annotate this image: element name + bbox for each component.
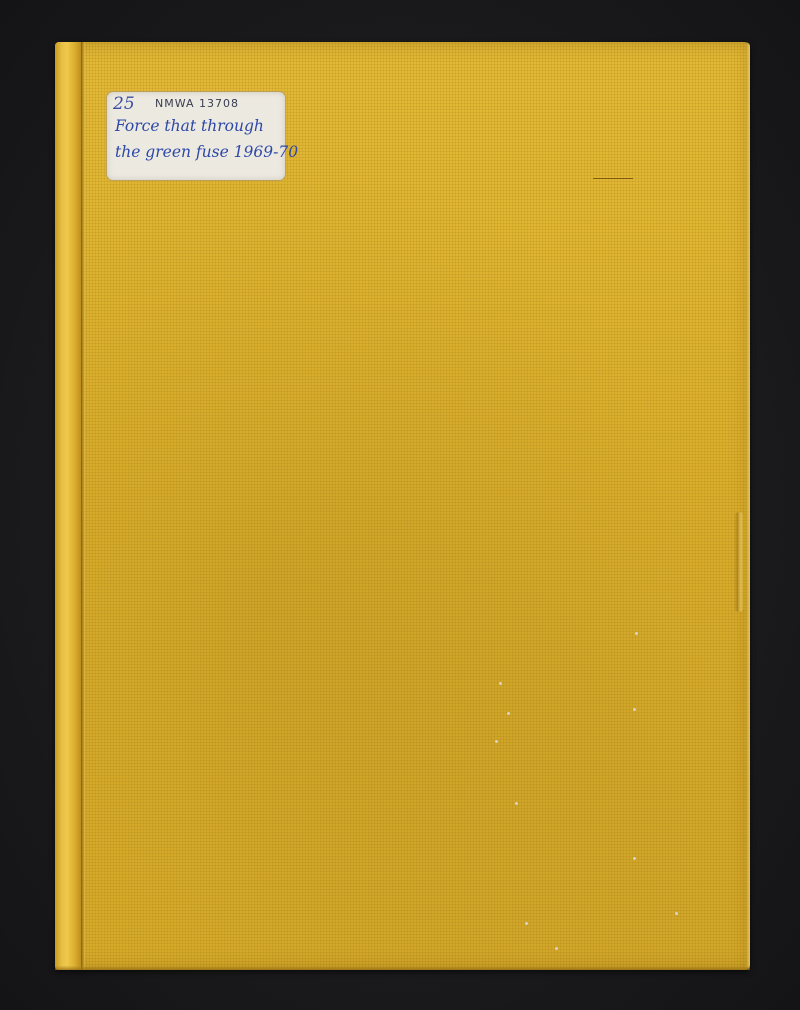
pen-mark bbox=[593, 178, 633, 179]
cover-right-edge bbox=[746, 42, 750, 970]
label-title-line-1: Force that through bbox=[115, 117, 264, 135]
book-spine bbox=[55, 42, 82, 970]
scuff-mark bbox=[633, 708, 636, 711]
spine-hinge bbox=[82, 42, 85, 970]
scuff-mark bbox=[633, 857, 636, 860]
label-number: 25 bbox=[113, 94, 135, 114]
scuff-mark bbox=[525, 922, 528, 925]
scuff-mark bbox=[635, 632, 638, 635]
label-accession-number: NMWA 13708 bbox=[155, 97, 239, 110]
scuff-mark bbox=[499, 682, 502, 685]
scuff-mark bbox=[675, 912, 678, 915]
catalog-label: 25 NMWA 13708 Force that through the gre… bbox=[107, 92, 285, 180]
label-title-line-2: the green fuse 1969-70 bbox=[115, 143, 298, 161]
cover-bottom-edge bbox=[55, 966, 750, 970]
scuff-mark bbox=[515, 802, 518, 805]
scuff-mark bbox=[555, 947, 558, 950]
scuff-mark bbox=[507, 712, 510, 715]
book-cover: 25 NMWA 13708 Force that through the gre… bbox=[55, 42, 750, 970]
scuff-mark bbox=[495, 740, 498, 743]
cover-crease bbox=[734, 512, 744, 612]
